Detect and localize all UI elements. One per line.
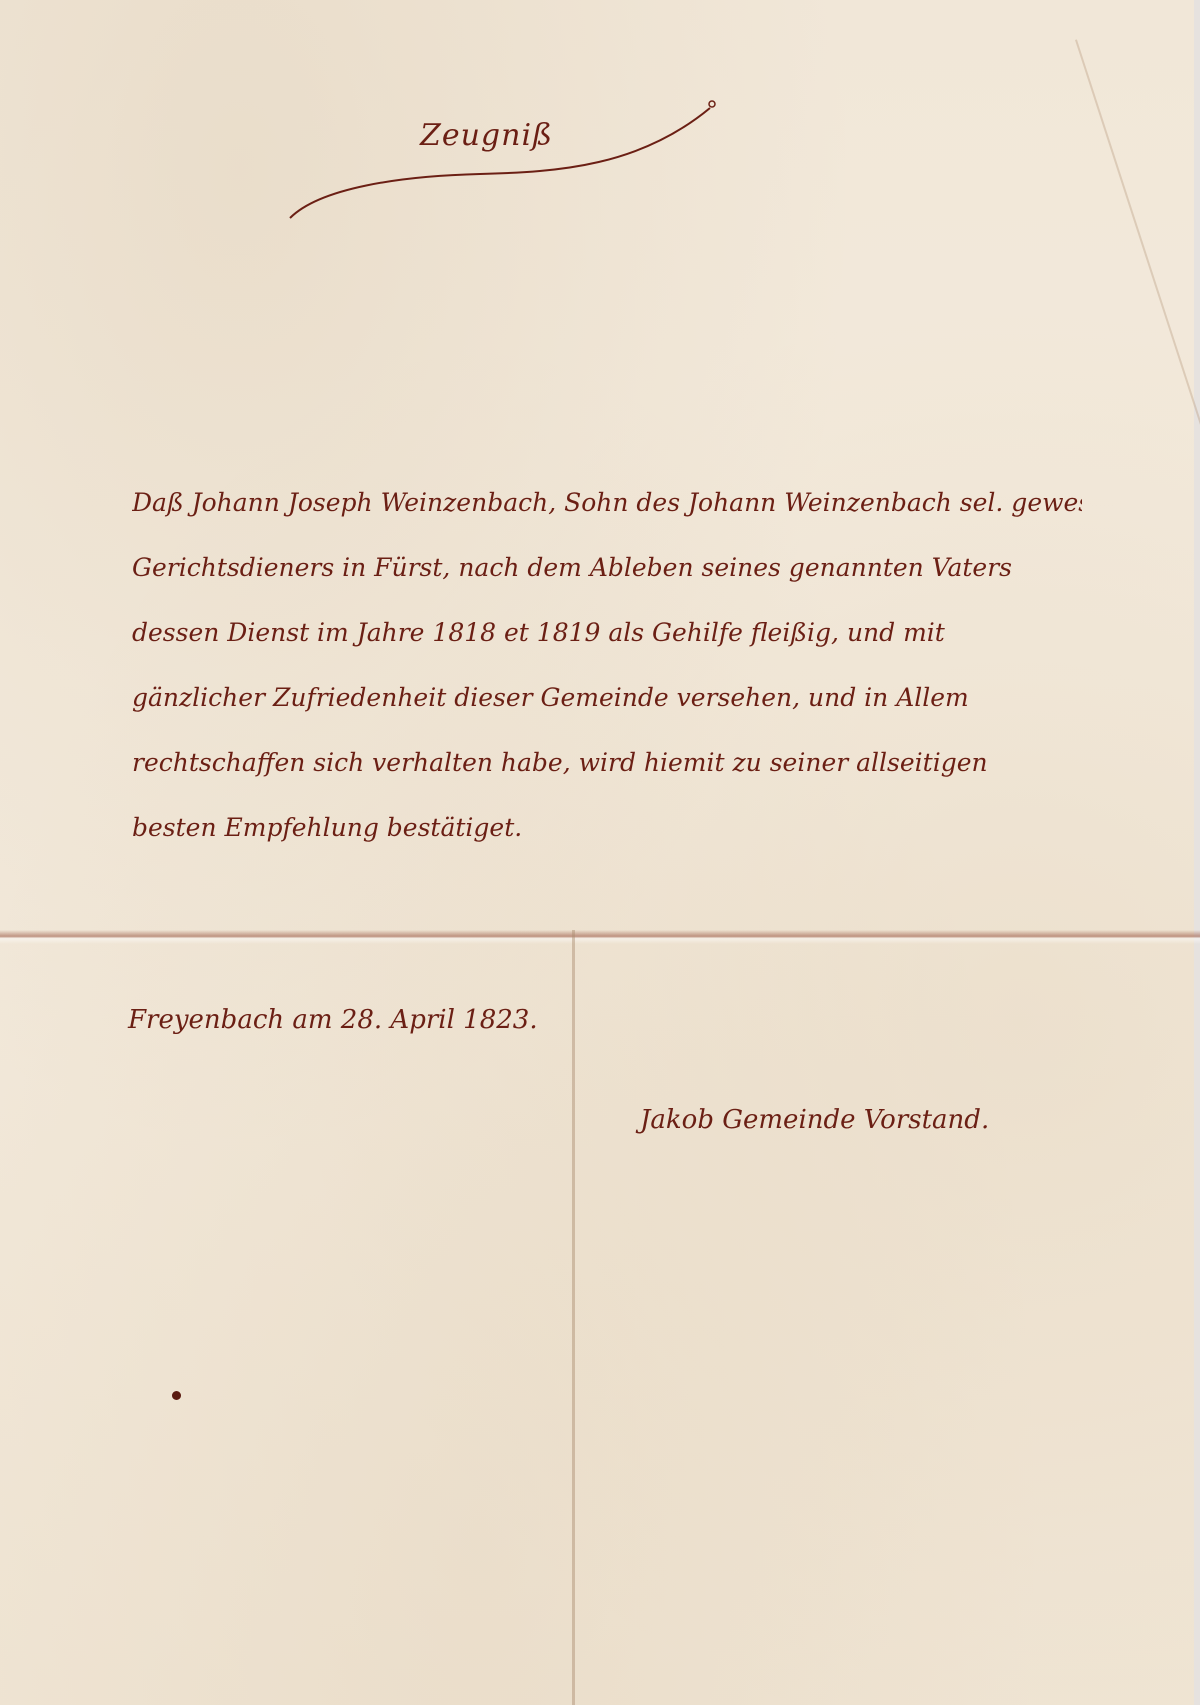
body-line: Gerichtsdieners in Fürst, nach dem Ableb… [132, 535, 1082, 600]
title-flourish-icon [280, 88, 720, 228]
document-title: Zeugniß [420, 118, 553, 153]
place-date-line: Freyenbach am 28. April 1823. [128, 1005, 538, 1035]
diagonal-crease [1075, 39, 1200, 439]
document-sheet: Zeugniß Daß Johann Joseph Weinzenbach, S… [0, 0, 1200, 1705]
body-line: dessen Dienst im Jahre 1818 et 1819 als … [132, 600, 1082, 665]
paper-edge [1194, 0, 1200, 1705]
signature: Jakob Gemeinde Vorstand. [640, 1105, 989, 1135]
body-line: rechtschaffen sich verhalten habe, wird … [132, 730, 1082, 795]
body-line: gänzlicher Zufriedenheit dieser Gemeinde… [132, 665, 1082, 730]
horizontal-fold [0, 930, 1200, 944]
ink-spot [172, 1391, 181, 1400]
body-line: Daß Johann Joseph Weinzenbach, Sohn des … [132, 470, 1082, 535]
vertical-fold [572, 930, 575, 1705]
certificate-body: Daß Johann Joseph Weinzenbach, Sohn des … [132, 470, 1082, 860]
body-line: besten Empfehlung bestätiget. [132, 795, 1082, 860]
